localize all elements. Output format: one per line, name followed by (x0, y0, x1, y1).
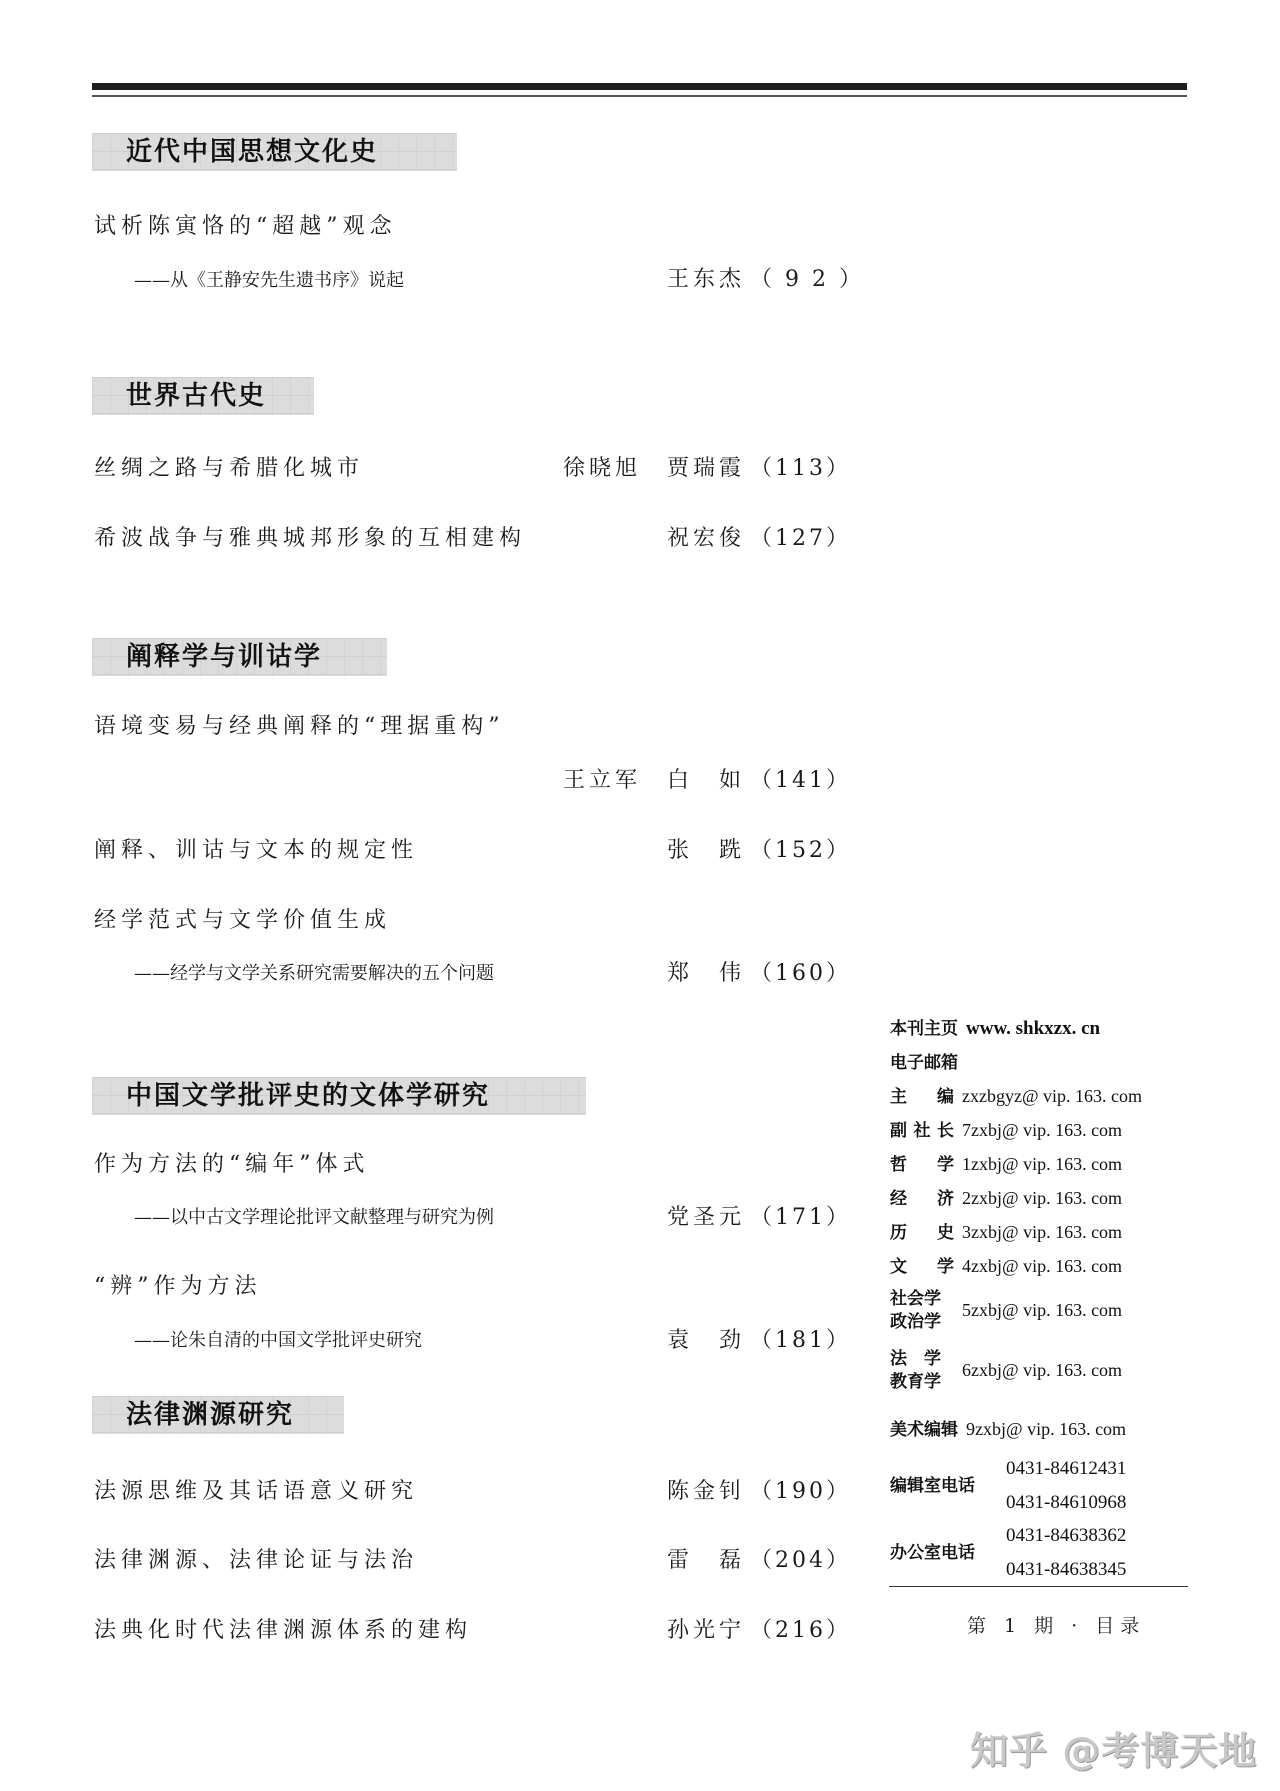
article-title: 试析陈寅恪的“超越”观念 (94, 213, 397, 241)
top-rule-thick (92, 83, 1187, 90)
article-authors: 孙光宁 (667, 1617, 745, 1645)
email-value[interactable]: 6zxbj@ vip. 163. com (962, 1360, 1122, 1380)
email-label: 历史 (890, 1222, 954, 1244)
article-page: （216） (750, 1617, 851, 1645)
article-subtitle: ——以中古文学理论批评文献整理与研究为例 (134, 1205, 494, 1231)
email-label: 文学 (890, 1256, 954, 1278)
article-page: （181） (750, 1327, 851, 1355)
article-page: （141） (750, 767, 851, 795)
article-title: 丝绸之路与希腊化城市 (94, 455, 364, 483)
article-authors: 郑 伟 (667, 960, 745, 988)
section-heading-text: 阐释学与训诂学 (126, 641, 322, 673)
page-footer: 第 1 期 · 目录 (967, 1611, 1145, 1638)
article-subtitle: ——经学与文学关系研究需要解决的五个问题 (134, 961, 494, 987)
top-rule-thin (92, 95, 1187, 97)
watermark: 知乎 @考博天地 (970, 1720, 1257, 1775)
section-heading-text: 近代中国思想文化史 (126, 136, 378, 168)
article-authors: 袁 劲 (667, 1327, 745, 1355)
section-heading: 世界古代史 (92, 377, 314, 415)
article-page: （ 9 2 ） (750, 266, 864, 294)
phone-label: 编辑室电话 (890, 1475, 1006, 1497)
article-title: 法律渊源、法律论证与法治 (94, 1547, 418, 1575)
email-label: 社会学 (890, 1288, 954, 1311)
phone-number: 0431-84638362 (1006, 1519, 1126, 1553)
email-label: 教育学 (890, 1371, 954, 1394)
email-row: 副社长7zxbj@ vip. 163. com (890, 1119, 1122, 1142)
email-row: 哲学1zxbj@ vip. 163. com (890, 1153, 1122, 1176)
email-label: 副社长 (890, 1120, 954, 1142)
email-label: 美术编辑 (890, 1419, 958, 1441)
email-value[interactable]: 1zxbj@ vip. 163. com (962, 1154, 1122, 1174)
article-authors: 王东杰 (667, 266, 745, 294)
article-page: （152） (750, 837, 851, 865)
article-authors: 党圣元 (667, 1204, 745, 1232)
phone-row: 编辑室电话0431-846124310431-84610968 (890, 1452, 1126, 1520)
homepage-url[interactable]: www. shkxzx. cn (966, 1018, 1100, 1039)
article-page: （113） (750, 455, 851, 483)
article-page: （190） (750, 1478, 851, 1506)
email-row: 经济2zxbj@ vip. 163. com (890, 1187, 1122, 1210)
phone-number: 0431-84638345 (1006, 1553, 1126, 1587)
phone-numbers: 0431-846383620431-84638345 (1006, 1519, 1126, 1587)
article-title: 阐释、训诂与文本的规定性 (94, 837, 418, 865)
email-value[interactable]: 4zxbj@ vip. 163. com (962, 1256, 1122, 1276)
phone-number: 0431-84610968 (1006, 1486, 1126, 1520)
email-label: 主编 (890, 1086, 954, 1108)
email-row: 美术编辑9zxbj@ vip. 163. com (890, 1418, 1126, 1441)
phone-number: 0431-84612431 (1006, 1452, 1126, 1486)
email-heading-row: 电子邮箱 (890, 1052, 958, 1074)
email-row: 法 学 教育学 6zxbj@ vip. 163. com (890, 1348, 1122, 1394)
email-value[interactable]: 5zxbj@ vip. 163. com (962, 1300, 1122, 1320)
email-label: 经济 (890, 1188, 954, 1210)
email-label-stack: 法 学 教育学 (890, 1348, 954, 1394)
article-page: （160） (750, 960, 851, 988)
section-heading-text: 中国文学批评史的文体学研究 (126, 1080, 490, 1112)
article-authors: 王立军 白 如 (563, 767, 745, 795)
email-value[interactable]: 7zxbj@ vip. 163. com (962, 1120, 1122, 1140)
article-authors: 祝宏俊 (667, 525, 745, 553)
homepage-row: 本刊主页www. shkxzx. cn (890, 1018, 1100, 1040)
email-row: 历史3zxbj@ vip. 163. com (890, 1221, 1122, 1244)
article-authors: 陈金钊 (667, 1478, 745, 1506)
email-row: 文学4zxbj@ vip. 163. com (890, 1255, 1122, 1278)
email-label: 政治学 (890, 1311, 954, 1334)
homepage-label: 本刊主页 (890, 1018, 958, 1040)
section-heading: 近代中国思想文化史 (92, 133, 457, 171)
email-value[interactable]: 2zxbj@ vip. 163. com (962, 1188, 1122, 1208)
email-label: 法 学 (890, 1348, 954, 1371)
phone-numbers: 0431-846124310431-84610968 (1006, 1452, 1126, 1520)
article-title: 语境变易与经典阐释的“理据重构” (94, 713, 505, 741)
article-page: （204） (750, 1547, 851, 1575)
article-title: 希波战争与雅典城邦形象的互相建构 (94, 525, 526, 553)
article-page: （171） (750, 1204, 851, 1232)
sidebar-divider (889, 1586, 1188, 1587)
email-label: 哲学 (890, 1154, 954, 1176)
article-authors: 徐晓旭 贾瑞霞 (563, 455, 745, 483)
article-title: 经学范式与文学价值生成 (94, 907, 391, 935)
article-title: 作为方法的“编年”体式 (94, 1151, 370, 1179)
article-authors: 张 跣 (667, 837, 745, 865)
email-value[interactable]: 3zxbj@ vip. 163. com (962, 1222, 1122, 1242)
article-authors: 雷 磊 (667, 1547, 745, 1575)
article-page: （127） (750, 525, 851, 553)
section-heading-text: 世界古代史 (126, 380, 266, 412)
section-heading: 法律渊源研究 (92, 1396, 344, 1434)
article-subtitle: ——论朱自清的中国文学批评史研究 (134, 1328, 422, 1354)
email-value[interactable]: 9zxbj@ vip. 163. com (966, 1419, 1126, 1439)
phone-label: 办公室电话 (890, 1542, 1006, 1564)
section-heading-text: 法律渊源研究 (126, 1399, 294, 1431)
article-title: 法典化时代法律渊源体系的建构 (94, 1617, 472, 1645)
email-row: 社会学 政治学 5zxbj@ vip. 163. com (890, 1288, 1122, 1334)
section-heading: 中国文学批评史的文体学研究 (92, 1077, 586, 1115)
section-heading: 阐释学与训诂学 (92, 638, 387, 676)
article-subtitle: ——从《王静安先生遗书序》说起 (134, 268, 404, 294)
phone-row: 办公室电话0431-846383620431-84638345 (890, 1519, 1126, 1587)
email-heading: 电子邮箱 (890, 1052, 958, 1074)
article-title: “辨”作为方法 (94, 1273, 262, 1301)
email-label-stack: 社会学 政治学 (890, 1288, 954, 1334)
article-title: 法源思维及其话语意义研究 (94, 1478, 418, 1506)
email-value[interactable]: zxzbgyz@ vip. 163. com (962, 1086, 1142, 1106)
email-row: 主编zxzbgyz@ vip. 163. com (890, 1085, 1142, 1108)
